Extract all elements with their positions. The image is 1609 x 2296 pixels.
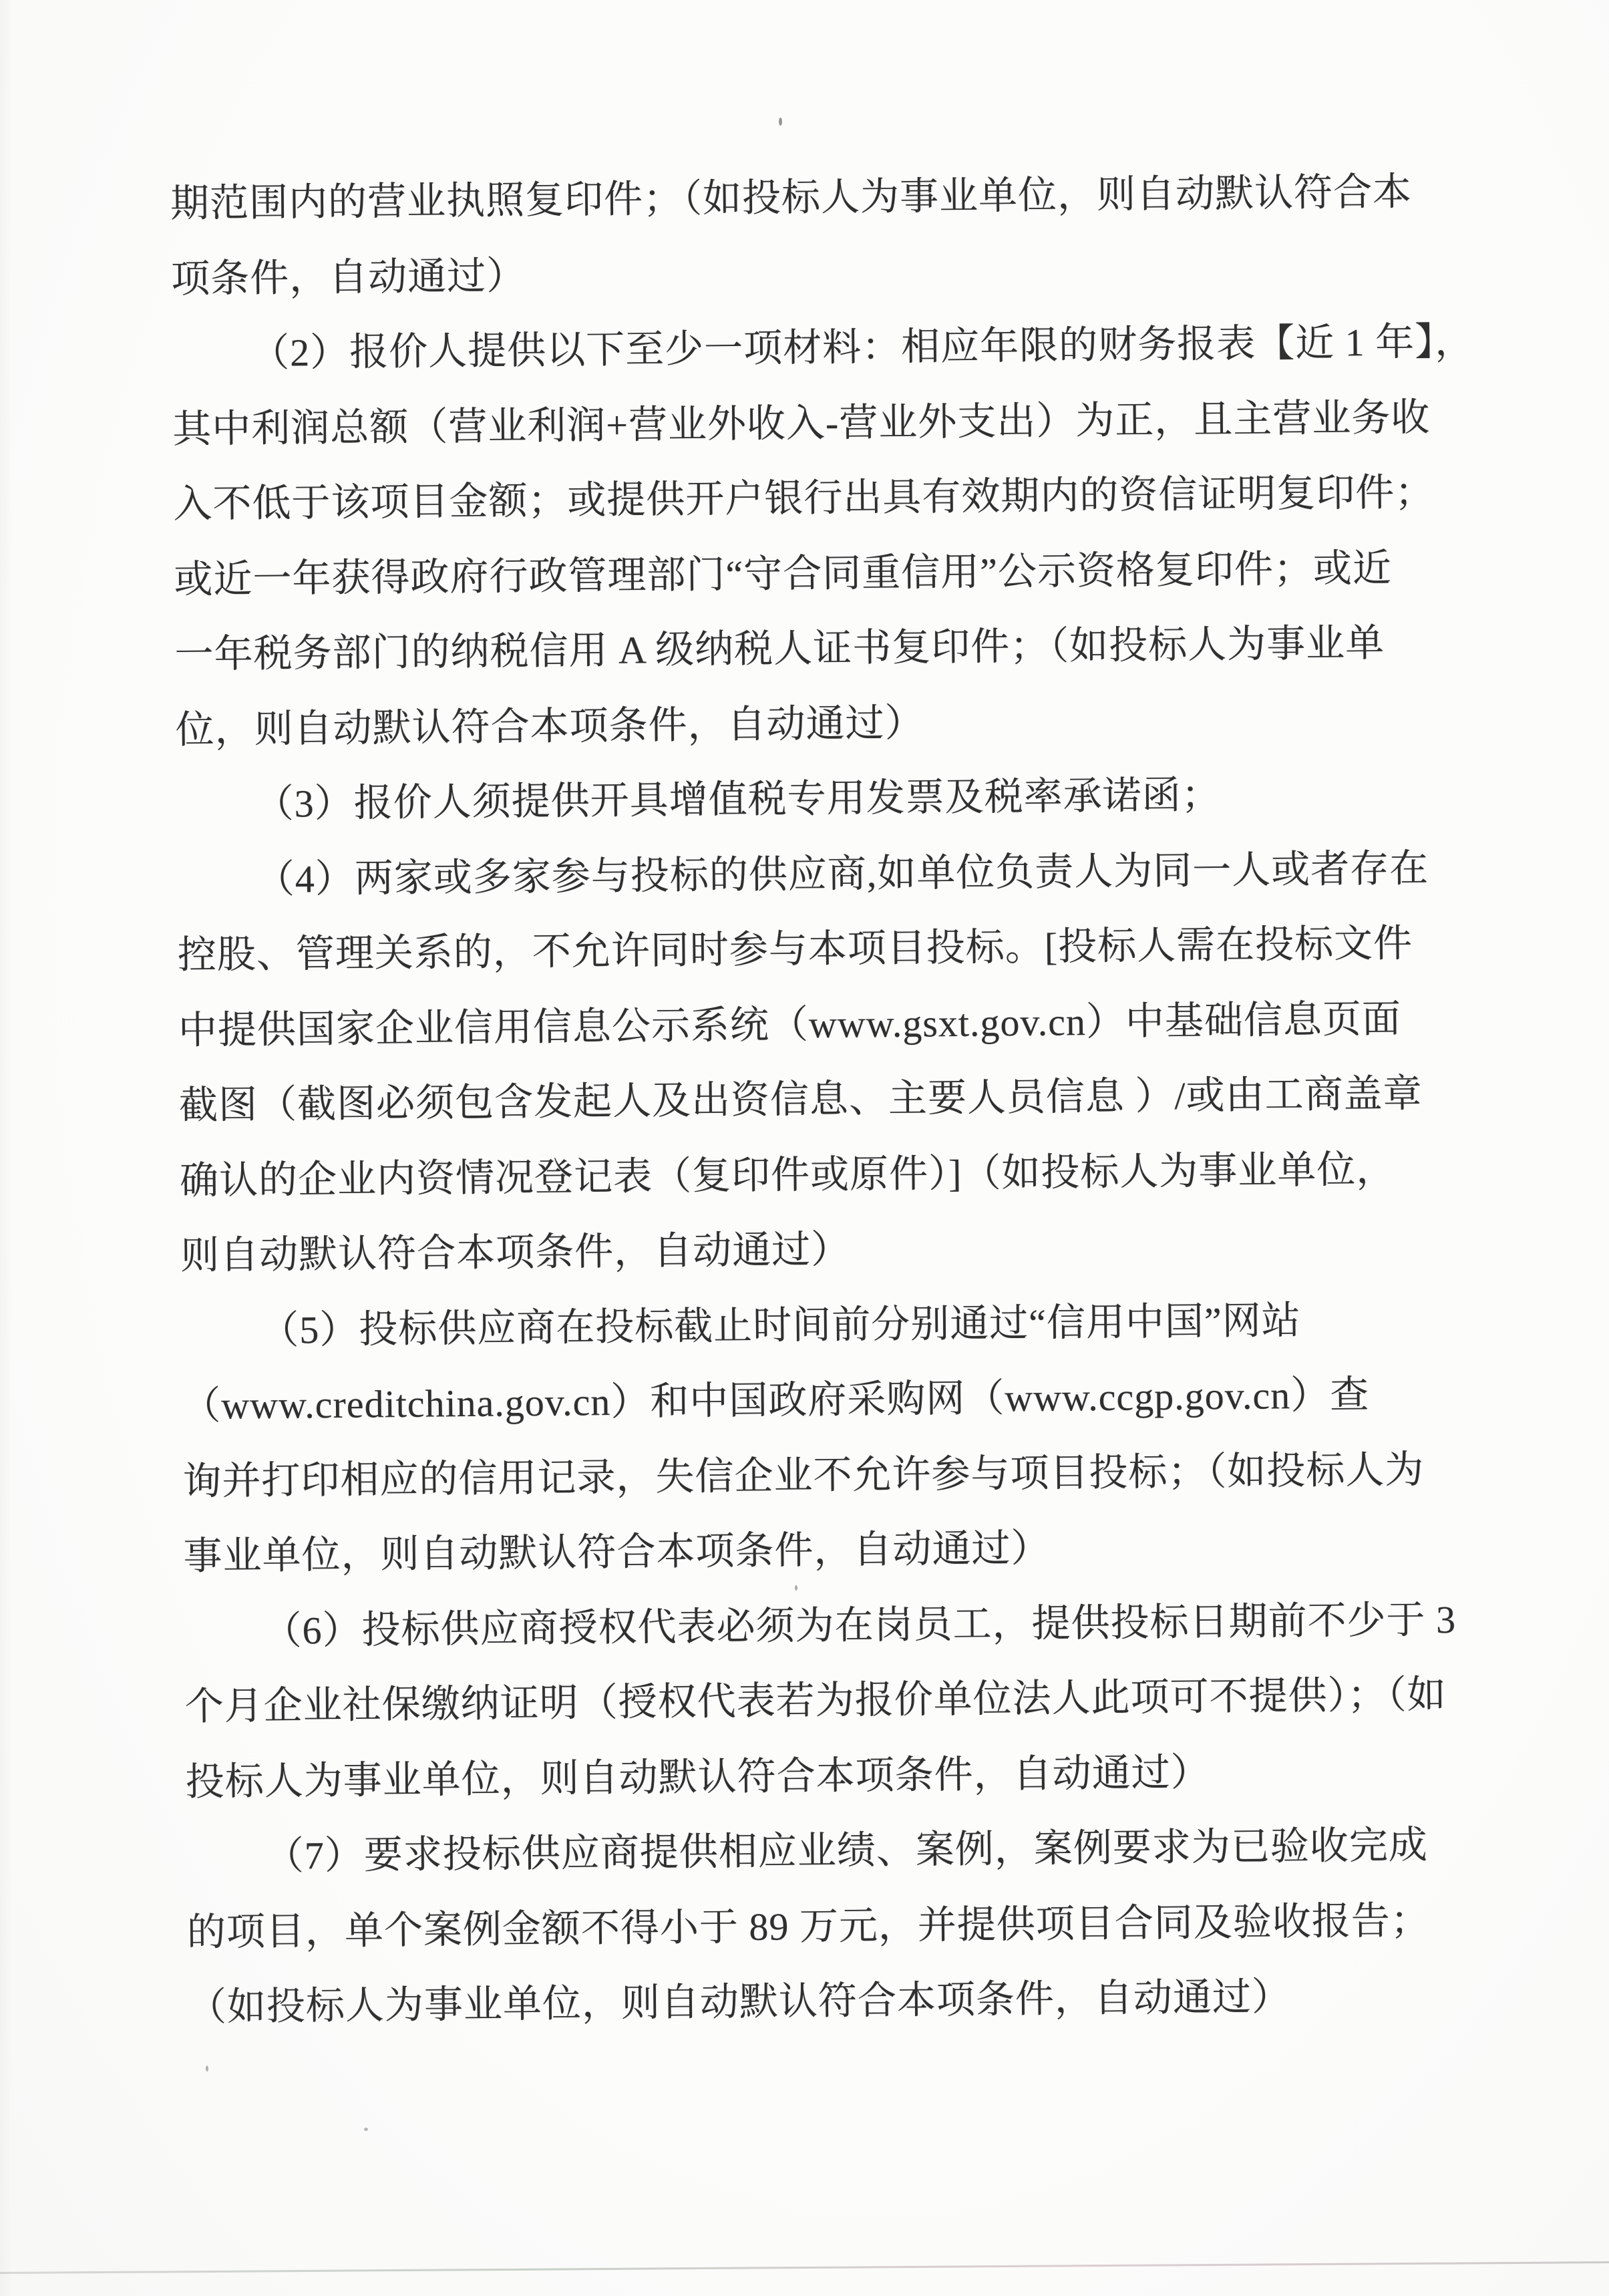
doc-line: 入不低于该项目金额；或提供开户银行出具有效期内的资信证明复印件； (173, 455, 1446, 542)
doc-line: 其中利润总额（营业利润+营业外收入-营业外支出）为正，且主营业务收 (172, 379, 1445, 467)
doc-line: （如投标人为事业单位，则自动默认符合本项条件，自动通过） (187, 1958, 1460, 2045)
doc-line: 一年税务部门的纳税信用 A 级纳税人证书复印件；（如投标人为事业单 (174, 605, 1447, 693)
scanned-page: 期范围内的营业执照复印件；（如投标人为事业单位，则自动默认符合本项条件，自动通过… (0, 0, 1609, 2296)
doc-line: 控股、管理关系的，不允许同时参与本项目投标。[投标人需在投标文件 (177, 906, 1450, 993)
doc-line: （4）两家或多家参与投标的供应商,如单位负责人为同一人或者存在 (176, 830, 1449, 918)
doc-line: 中提供国家企业信用信息公示系统（www.gsxt.gov.cn）中基础信息页面 (178, 981, 1451, 1068)
scan-speck (206, 2066, 208, 2072)
doc-line: 询并打印相应的信用记录，失信企业不允许参与项目投标；（如投标人为 (182, 1432, 1455, 1519)
doc-line: 期范围内的营业执照复印件；（如投标人为事业单位，则自动默认符合本 (170, 154, 1443, 242)
doc-line: （3）报价人须提供开具增值税专用发票及税率承诺函； (176, 756, 1449, 843)
doc-line: 事业单位，则自动默认符合本项条件，自动通过） (183, 1507, 1456, 1595)
doc-line: 位，则自动默认符合本项条件，自动通过） (175, 680, 1448, 768)
doc-line: 确认的企业内资情况登记表（复印件或原件）]（如投标人为事业单位， (180, 1131, 1453, 1218)
doc-line: （5）投标供应商在投标截止时间前分别通过“信用中国”网站 (181, 1281, 1454, 1369)
doc-line: 个月企业社保缴纳证明（授权代表若为报价单位法人此项可不提供）；（如 (184, 1657, 1457, 1745)
doc-line: （7）要求投标供应商提供相应业绩、案例，案例要求为已验收完成 (186, 1808, 1459, 1895)
scan-speck (364, 2128, 368, 2131)
doc-line: 则自动默认符合本项条件，自动通过） (180, 1206, 1453, 1294)
scan-artifact-line (0, 2261, 1609, 2274)
doc-line: 投标人为事业单位，则自动默认符合本项条件，自动通过） (185, 1732, 1458, 1820)
doc-line: （www.creditchina.gov.cn）和中国政府采购网（www.ccg… (182, 1357, 1455, 1444)
scan-speck (795, 1585, 797, 1591)
doc-line: （2）报价人提供以下至少一项材料：相应年限的财务报表【近 1 年】， (172, 305, 1445, 392)
doc-line: 或近一年获得政府行政管理部门“守合同重信用”公示资格复印件；或近 (174, 530, 1447, 617)
document-text: 期范围内的营业执照复印件；（如投标人为事业单位，则自动默认符合本项条件，自动通过… (170, 154, 1461, 2045)
scan-speck (779, 118, 782, 126)
doc-line: （6）投标供应商授权代表必须为在岗员工，提供投标日期前不少于 3 (184, 1582, 1457, 1669)
doc-line: 的项目，单个案例金额不得小于 89 万元，并提供项目合同及验收报告； (186, 1882, 1459, 1970)
doc-line: 截图（截图必须包含发起人及出资信息、主要人员信息 ）/或由工商盖章 (179, 1056, 1452, 1144)
doc-line: 项条件，自动通过） (171, 229, 1444, 317)
